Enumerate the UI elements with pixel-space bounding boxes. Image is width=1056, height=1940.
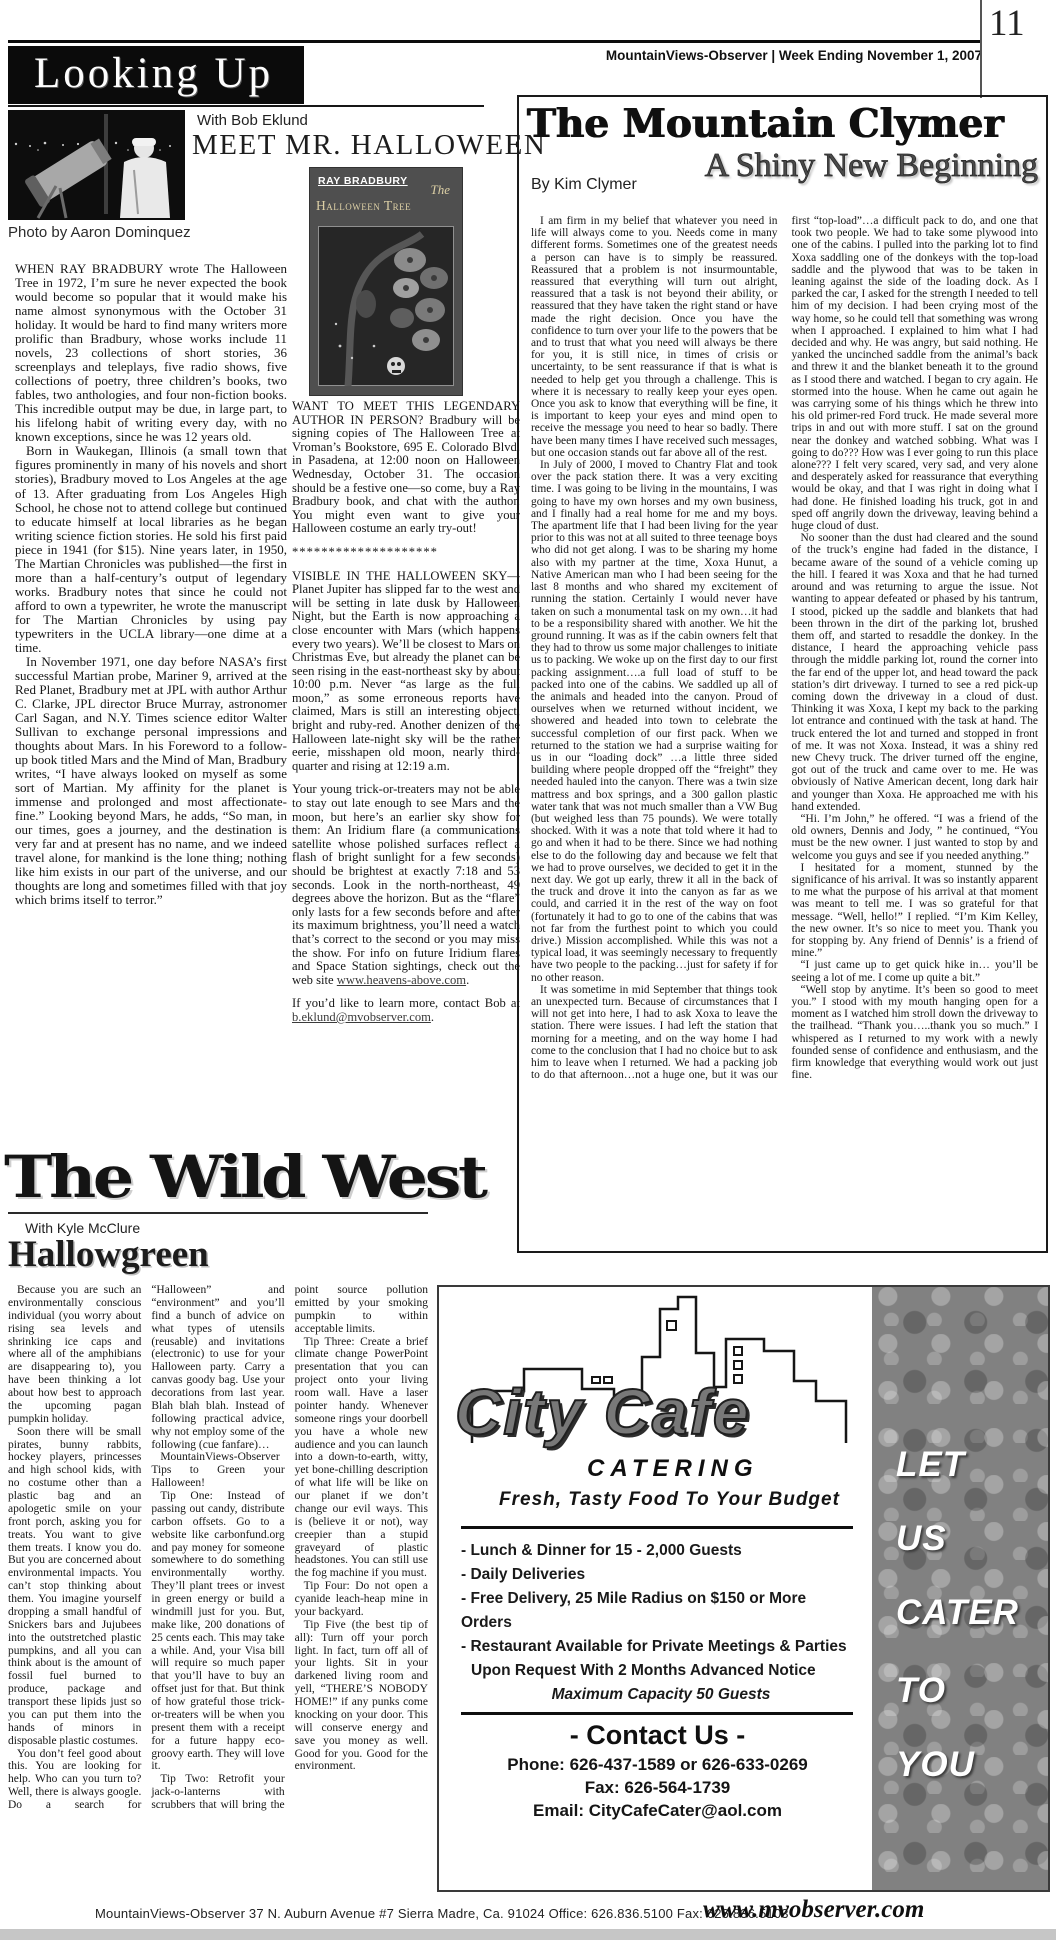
mountain-clymer-article-box: The Mountain Clymer By Kim Clymer A Shin… <box>517 95 1048 1253</box>
wild-west-underline <box>8 1212 428 1214</box>
eklund-email-link[interactable]: b.eklund@mvobserver.com <box>292 1010 431 1024</box>
article-paragraph: In July of 2000, I moved to Chantry Flat… <box>531 459 778 984</box>
looking-up-byline: With Bob Eklund <box>197 112 308 129</box>
mountain-clymer-body: I am firm in my belief that whatever you… <box>531 215 1038 1243</box>
article-paragraph: Tip One: Instead of passing out candy, d… <box>151 1490 284 1773</box>
ad-rule <box>461 1526 853 1529</box>
ad-rule <box>461 1712 853 1715</box>
catering-label: CATERING <box>587 1455 759 1483</box>
article-paragraph: MountainViews-Observer Tips to Green you… <box>151 1451 284 1490</box>
ad-bullet: - Daily Deliveries <box>461 1563 861 1587</box>
article-paragraph: VISIBLE IN THE HALLOWEEN SKY—Planet Jupi… <box>292 570 520 774</box>
mountain-clymer-byline: By Kim Clymer <box>531 176 637 194</box>
page-bottom-bar <box>0 1929 1056 1940</box>
mountain-clymer-headline: The Mountain Clymer <box>527 101 1004 147</box>
article-paragraph: No sooner than the dust had cleared and … <box>792 532 1039 813</box>
book-cover-author: RAY BRADBURY <box>318 175 408 187</box>
paragraph-text: Your young trick-or-treaters may not be … <box>292 782 520 986</box>
article-paragraph: Because you are such an environmentally … <box>8 1284 141 1426</box>
footer-address: MountainViews-Observer 37 N. Auburn Aven… <box>95 1906 789 1921</box>
section-divider-asterisks: ******************** <box>292 546 520 560</box>
article-paragraph: Tip Four: Do not open a cyanide leach-he… <box>295 1580 428 1619</box>
paragraph-text: . <box>431 1010 434 1024</box>
ad-bullet: - Restaurant Available for Private Meeti… <box>461 1635 861 1659</box>
ad-bullet-continuation: Upon Request With 2 Months Advanced Noti… <box>461 1659 861 1683</box>
footer-website[interactable]: www.mvobserver.com <box>703 1896 924 1924</box>
ad-bullet-list: - Lunch & Dinner for 15 - 2,000 Guests -… <box>461 1539 861 1707</box>
article-paragraph: Born in Waukegan, Illinois (a small town… <box>15 444 287 654</box>
ad-side-word: US <box>896 1519 947 1559</box>
mountain-clymer-subhead: A Shiny New Beginning <box>705 147 1038 185</box>
city-cafe-ad: City Cafe CATERING Fresh, Tasty Food To … <box>437 1285 1050 1892</box>
telescope-photo <box>8 110 185 220</box>
bradbury-article-column-1: WHEN RAY BRADBURY wrote The Halloween Tr… <box>15 262 287 1146</box>
looking-up-headline: MEET MR. HALLOWEEN <box>192 129 546 162</box>
looking-up-underline <box>8 105 484 107</box>
book-cover-the: The <box>431 182 451 198</box>
ad-email[interactable]: Email: CityCafeCater@aol.com <box>439 1801 876 1821</box>
article-paragraph: Tip Three: Create a brief climate change… <box>295 1336 428 1581</box>
wild-west-banner: The Wild West <box>4 1143 483 1211</box>
ad-side-word: CATER <box>896 1593 1019 1633</box>
article-paragraph: In November 1971, one day before NASA’s … <box>15 655 287 908</box>
masthead-text: MountainViews-Observer | Week Ending Nov… <box>300 48 982 63</box>
newspaper-page: MountainViews-Observer | Week Ending Nov… <box>0 0 1056 1940</box>
book-cover-art <box>318 226 454 386</box>
heavens-above-link[interactable]: www.heavens-above.com <box>337 973 466 987</box>
book-cover-title: Halloween Tree <box>316 198 456 214</box>
bradbury-article-column-2: WANT TO MEET THIS LEGENDARY AUTHOR IN PE… <box>292 400 520 1148</box>
article-paragraph: If you’d like to learn more, contact Bob… <box>292 997 520 1024</box>
hallowgreen-body: Because you are such an environmentally … <box>8 1284 428 1902</box>
ad-side-word: TO <box>896 1671 946 1711</box>
article-paragraph: WHEN RAY BRADBURY wrote The Halloween Tr… <box>15 262 287 444</box>
article-paragraph: Soon there will be small pirates, bunny … <box>8 1426 141 1748</box>
looking-up-banner: Looking Up <box>8 46 304 104</box>
ad-phone: Phone: 626-437-1589 or 626-633-0269 <box>439 1755 876 1775</box>
ad-side-word: YOU <box>896 1745 975 1785</box>
article-paragraph: Tip Five (the best tip of all): Turn off… <box>295 1619 428 1774</box>
ad-bullet: - Free Delivery, 25 Mile Radius on $150 … <box>461 1587 861 1635</box>
article-paragraph: I am firm in my belief that whatever you… <box>531 215 778 459</box>
ad-fax: Fax: 626-564-1739 <box>439 1778 876 1798</box>
article-paragraph: WANT TO MEET THIS LEGENDARY AUTHOR IN PE… <box>292 400 520 536</box>
ad-tagline: Fresh, Tasty Food To Your Budget <box>499 1489 840 1511</box>
photo-caption: Photo by Aaron Dominquez <box>8 224 191 241</box>
page-number-divider <box>980 0 982 98</box>
ad-side-word: LET <box>896 1445 965 1485</box>
city-cafe-logo: City Cafe <box>455 1375 750 1449</box>
page-number: 11 <box>989 2 1025 45</box>
hallowgreen-headline: Hallowgreen <box>8 1233 209 1276</box>
halloween-tree-book-cover: RAY BRADBURY The Halloween Tree <box>310 168 462 395</box>
masthead-rule <box>8 40 980 43</box>
ad-capacity-note: Maximum Capacity 50 Guests <box>461 1683 861 1707</box>
article-paragraph: “Well stop by anytime. It’s been so good… <box>792 984 1039 1082</box>
ad-side-panel: LET US CATER TO YOU <box>872 1287 1048 1890</box>
paragraph-text: If you’d like to learn more, contact Bob… <box>292 996 520 1010</box>
paragraph-text: . <box>466 973 469 987</box>
night-sky-photo-graphic <box>8 110 185 220</box>
ad-bullet: - Lunch & Dinner for 15 - 2,000 Guests <box>461 1539 861 1563</box>
ad-contact-heading: - Contact Us - <box>439 1720 876 1751</box>
article-paragraph: “I just came up to get quick hike in… yo… <box>792 959 1039 983</box>
article-paragraph: I hesitated for a moment, stunned by the… <box>792 862 1039 960</box>
article-paragraph: “Hi. I’m John,” he offered. “I was a fri… <box>792 813 1039 862</box>
article-paragraph: Your young trick-or-treaters may not be … <box>292 783 520 987</box>
